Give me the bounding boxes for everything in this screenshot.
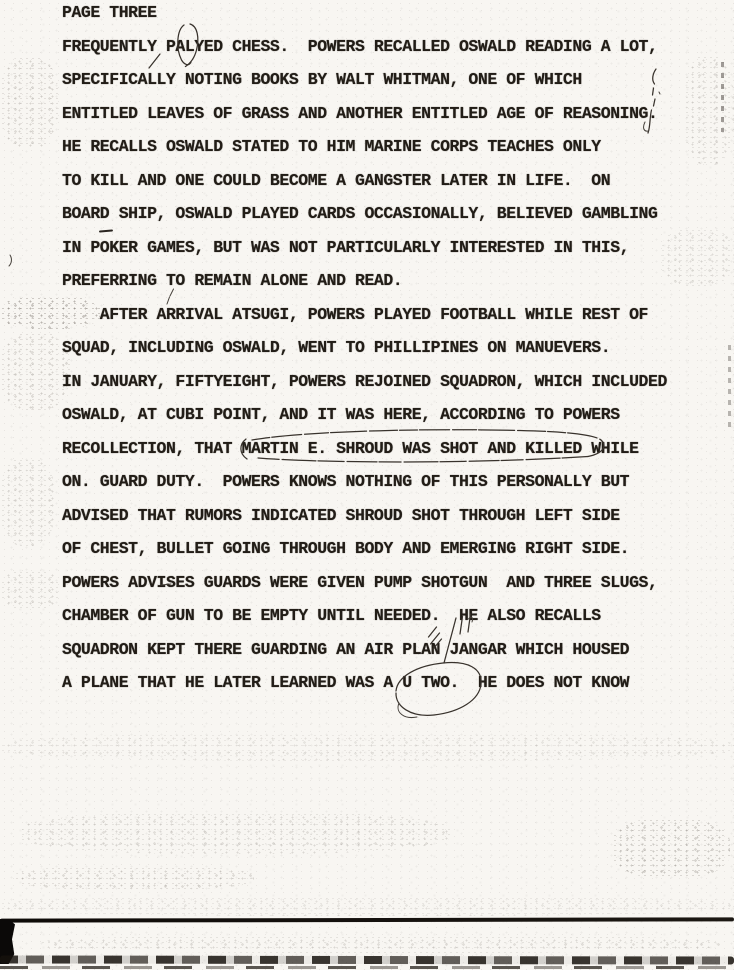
scan-bottom-band	[0, 955, 734, 964]
typed-line: POWERS ADVISES GUARDS WERE GIVEN PUMP SH…	[62, 566, 667, 600]
typed-line: IN JANUARY, FIFTYEIGHT, POWERS REJOINED …	[62, 365, 667, 399]
scan-bottom-band-secondary	[0, 966, 734, 969]
scan-smudge	[20, 812, 450, 854]
typed-line: CHAMBER OF GUN TO BE EMPTY UNTIL NEEDED.…	[62, 599, 667, 633]
scanned-document-page: PAGE THREE FREQUENTLY PALYED CHESS. POWE…	[0, 0, 734, 970]
typed-line: BOARD SHIP, OSWALD PLAYED CARDS OCCASION…	[62, 197, 667, 231]
scan-smudge	[0, 458, 55, 546]
typed-line: A PLANE THAT HE LATER LEARNED WAS A U TW…	[62, 666, 667, 700]
typed-line: FREQUENTLY PALYED CHESS. POWERS RECALLED…	[62, 30, 667, 64]
typed-line: ON. GUARD DUTY. POWERS KNOWS NOTHING OF …	[62, 465, 667, 499]
page-title: PAGE THREE	[62, 0, 157, 30]
typed-line: HE RECALLS OSWALD STATED TO HIM MARINE C…	[62, 130, 667, 164]
typed-line: SQUAD, INCLUDING OSWALD, WENT TO PHILLIP…	[62, 331, 667, 365]
typed-line: ADVISED THAT RUMORS INDICATED SHROUD SHO…	[62, 499, 667, 533]
edge-tick-marks	[721, 62, 724, 132]
scan-smudge	[0, 733, 734, 761]
scan-smudge	[612, 818, 730, 878]
scan-smudge	[0, 56, 58, 148]
scan-smudge	[0, 570, 60, 610]
typed-line: ENTITLED LEAVES OF GRASS AND ANOTHER ENT…	[62, 97, 667, 131]
typed-line: PREFERRING TO REMAIN ALONE AND READ.	[62, 264, 667, 298]
scan-smudge	[684, 55, 734, 165]
typed-line: OF CHEST, BULLET GOING THROUGH BODY AND …	[62, 532, 667, 566]
typed-line: SPECIFICALLY NOTING BOOKS BY WALT WHITMA…	[62, 63, 667, 97]
typed-line: TO KILL AND ONE COULD BECOME A GANGSTER …	[62, 164, 667, 198]
scan-smudge	[660, 228, 734, 286]
edge-tick-marks	[728, 345, 731, 430]
typed-line: AFTER ARRIVAL ATSUGI, POWERS PLAYED FOOT…	[62, 298, 667, 332]
typed-text-block: FREQUENTLY PALYED CHESS. POWERS RECALLED…	[62, 30, 667, 700]
typed-line: RECOLLECTION, THAT MARTIN E. SHROUD WAS …	[62, 432, 667, 466]
scan-smudge	[0, 896, 734, 916]
typed-line: IN POKER GAMES, BUT WAS NOT PARTICULARLY…	[62, 231, 667, 265]
scan-smudge	[40, 935, 720, 953]
scan-smudge	[14, 866, 254, 890]
typed-line: SQUADRON KEPT THERE GUARDING AN AIR PLAN…	[62, 633, 667, 667]
scan-rule-line	[0, 917, 734, 922]
typed-line: OSWALD, AT CUBI POINT, AND IT WAS HERE, …	[62, 398, 667, 432]
scan-smudge	[0, 332, 70, 410]
